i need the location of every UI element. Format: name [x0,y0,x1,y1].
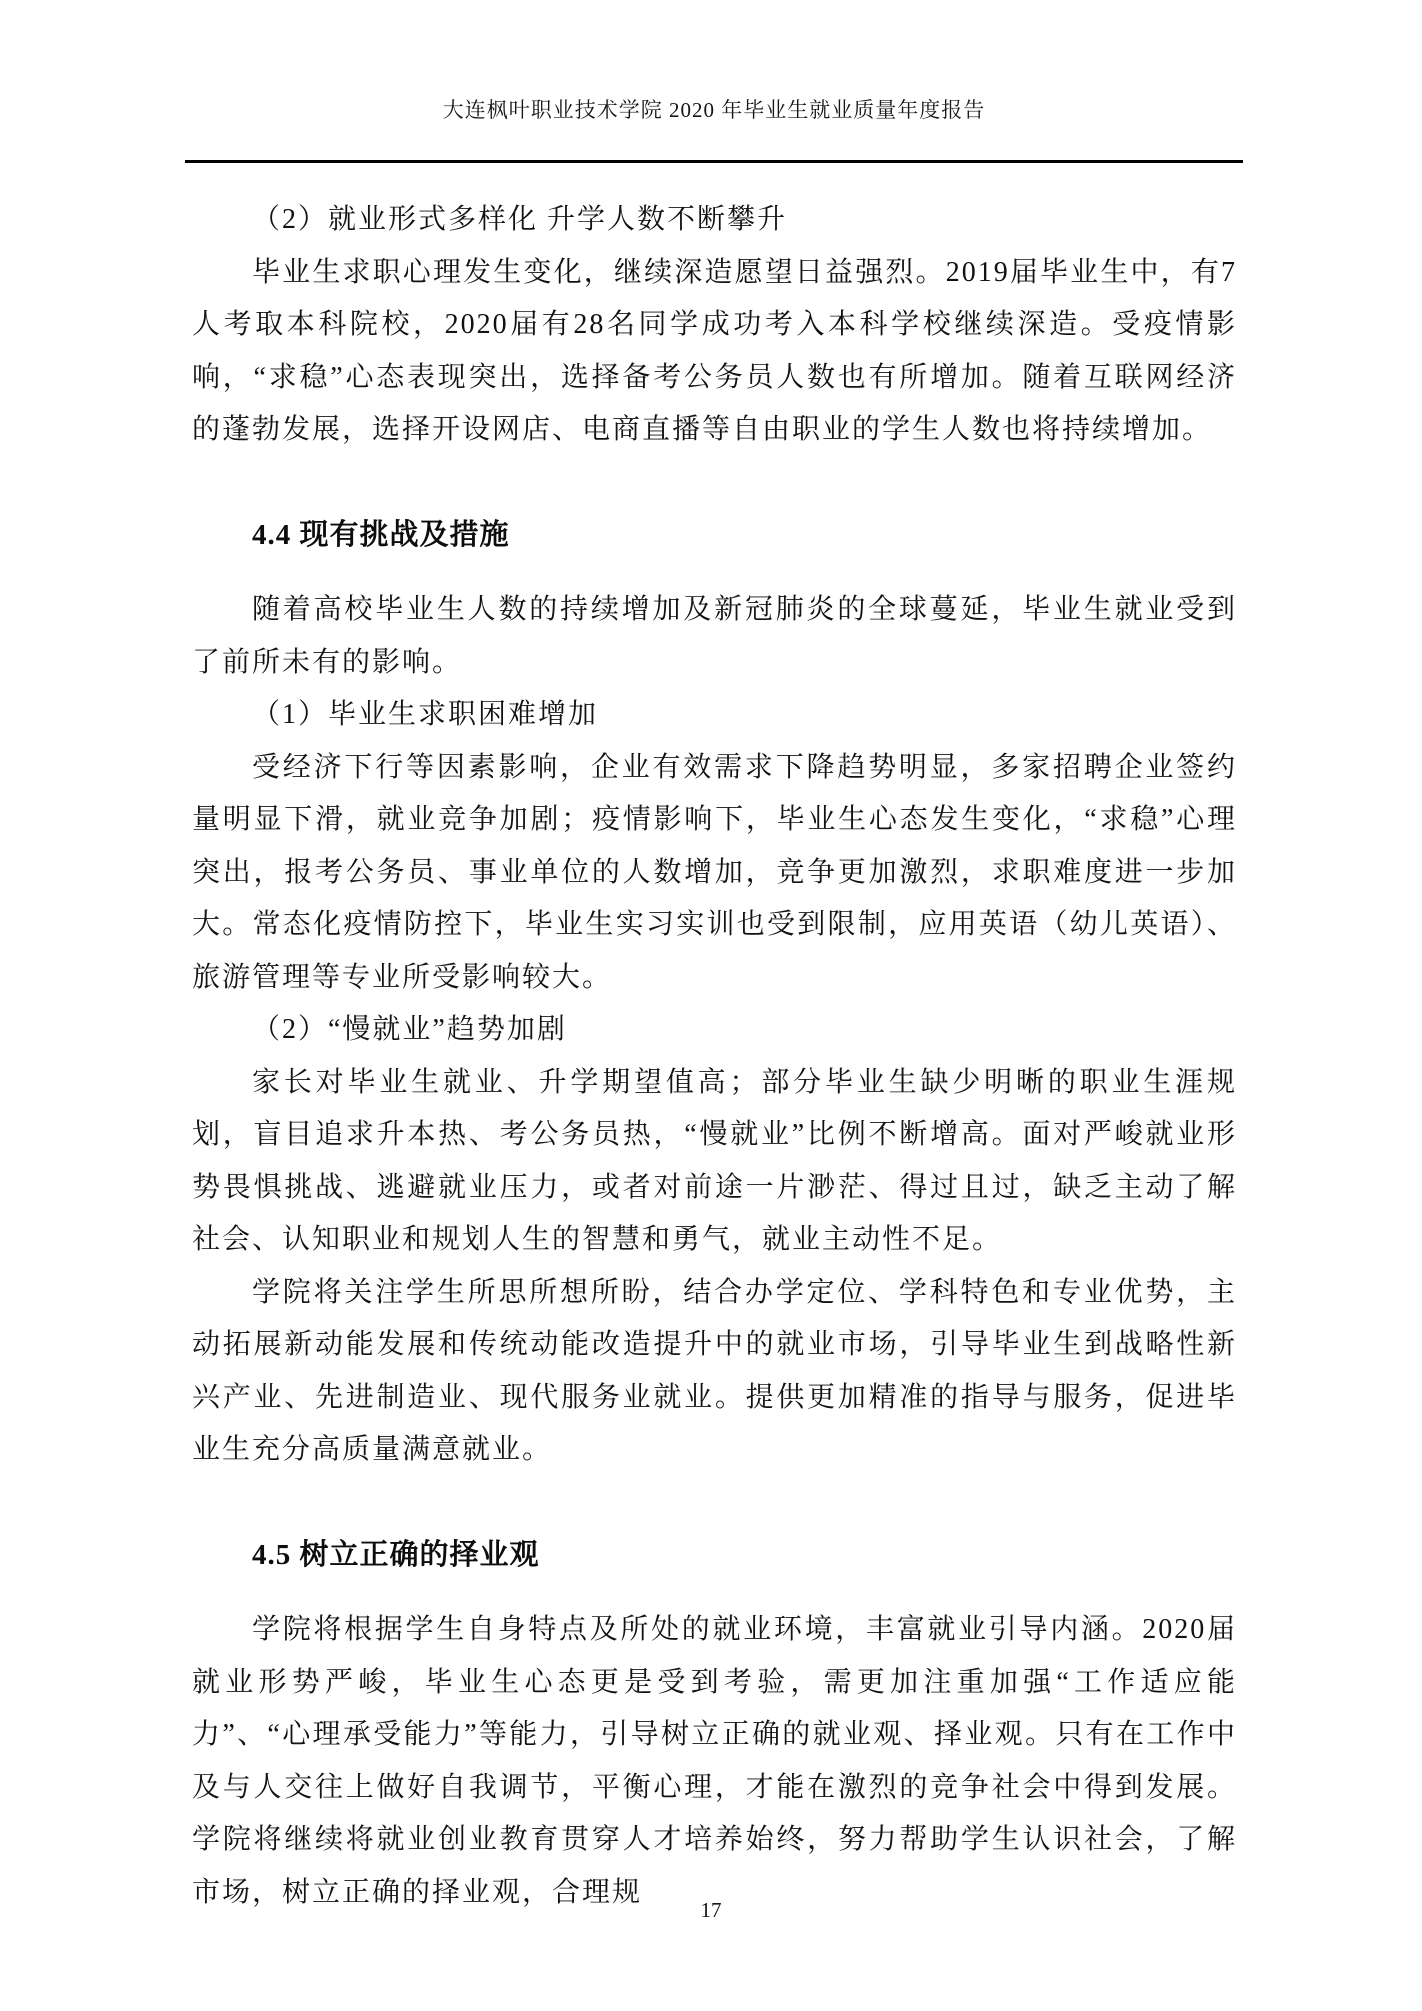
document-body: （2）就业形式多样化 升学人数不断攀升 毕业生求职心理发生变化，继续深造愿望日益… [192,194,1237,1919]
subpoint-slow-employment: （2）“慢就业”趋势加剧 [192,1004,1237,1057]
paragraph-college-measures: 学院将关注学生所思所想所盼，结合办学定位、学科特色和专业优势，主动拓展新动能发展… [192,1267,1237,1477]
section-heading-4-4: 4.4 现有挑战及措施 [192,509,1237,562]
header-divider-line [185,160,1243,163]
page-number: 17 [0,1896,1422,1924]
paragraph-economic-downturn: 受经济下行等因素影响，企业有效需求下降趋势明显，多家招聘企业签约量明显下滑，就业… [192,742,1237,1005]
subpoint-employment-forms: （2）就业形式多样化 升学人数不断攀升 [192,194,1237,247]
paragraph-slow-employment-detail: 家长对毕业生就业、升学期望值高；部分毕业生缺少明晰的职业生涯规划，盲目追求升本热… [192,1057,1237,1267]
paragraph-career-outlook: 学院将根据学生自身特点及所处的就业环境，丰富就业引导内涵。2020届就业形势严峻… [192,1604,1237,1919]
document-page: 大连枫叶职业技术学院 2020 年毕业生就业质量年度报告 （2）就业形式多样化 … [0,0,1422,2011]
paragraph-further-study: 毕业生求职心理发生变化，继续深造愿望日益强烈。2019届毕业生中，有7人考取本科… [192,247,1237,457]
subpoint-job-search-difficulty: （1）毕业生求职困难增加 [192,689,1237,742]
paragraph-challenges-intro: 随着高校毕业生人数的持续增加及新冠肺炎的全球蔓延，毕业生就业受到了前所未有的影响… [192,584,1237,689]
page-header-title: 大连枫叶职业技术学院 2020 年毕业生就业质量年度报告 [185,96,1243,124]
section-heading-4-5: 4.5 树立正确的择业观 [192,1529,1237,1582]
